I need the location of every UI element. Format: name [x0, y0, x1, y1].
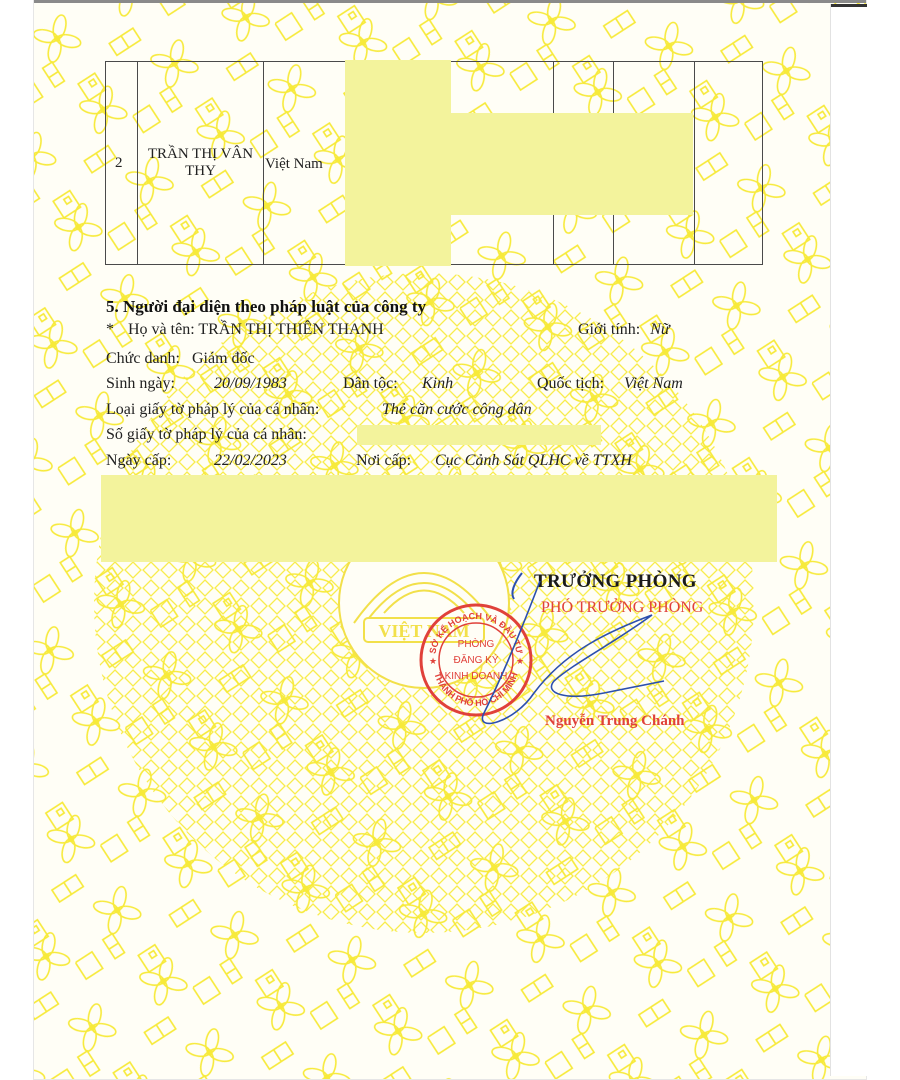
- full-name-label: Họ và tên:: [128, 321, 195, 338]
- full-name-value: TRẦN THỊ THIÊN THANH: [198, 321, 383, 338]
- viewer-topbar: [831, 4, 867, 7]
- issue-place-label: Nơi cấp:: [356, 452, 411, 470]
- issue-date-label: Ngày cấp:: [106, 452, 171, 470]
- nationality-label: Quốc tịch:: [537, 375, 604, 393]
- table-col-line: [263, 61, 264, 265]
- viewer-side-panel: [830, 4, 867, 1076]
- handwritten-signature-icon: [474, 563, 674, 733]
- dob-label: Sinh ngày:: [106, 375, 175, 393]
- member-name-line2: THY: [138, 163, 263, 180]
- redaction-block: [345, 60, 451, 266]
- position-row: Chức danh: Giám đốc: [106, 350, 255, 368]
- issue-date-value: 22/02/2023: [214, 452, 287, 470]
- table-col-line: [762, 61, 763, 265]
- signatory-name: Nguyễn Trung Chánh: [545, 713, 685, 730]
- id-type-label: Loại giấy tờ pháp lý của cá nhân:: [106, 401, 319, 419]
- table-col-line: [105, 61, 106, 265]
- document-page: VIỆT NAM 2 TRẦN THỊ VÂN THY Việt Nam 5. …: [34, 0, 866, 1079]
- redaction-block: [450, 113, 693, 215]
- issue-place-value: Cục Cảnh Sát QLHC về TTXH: [435, 452, 632, 470]
- gender-row: Giới tính: Nữ: [578, 321, 670, 339]
- table-cell-index: 2: [115, 155, 123, 172]
- gender-value: Nữ: [650, 321, 669, 338]
- nationality-value: Việt Nam: [624, 375, 683, 393]
- ethnicity-label: Dân tộc:: [343, 375, 398, 393]
- id-number-label: Số giấy tờ pháp lý của cá nhân:: [106, 426, 307, 444]
- svg-text:★: ★: [429, 656, 437, 666]
- dob-value: 20/09/1983: [214, 375, 287, 393]
- table-cell-name: TRẦN THỊ VÂN THY: [138, 146, 263, 180]
- address-redaction: [101, 475, 777, 562]
- full-name-row: * Họ và tên: TRẦN THỊ THIÊN THANH: [106, 321, 384, 339]
- member-name-line1: TRẦN THỊ VÂN: [138, 146, 263, 163]
- ethnicity-value: Kinh: [422, 375, 453, 393]
- position-value: Giám đốc: [192, 350, 255, 367]
- id-number-redaction: [357, 425, 601, 445]
- position-label: Chức danh:: [106, 350, 180, 367]
- table-col-line: [694, 61, 695, 265]
- section-title: 5. Người đại diện theo pháp luật của côn…: [106, 297, 426, 317]
- table-cell-nationality: Việt Nam: [265, 156, 323, 173]
- id-type-value: Thẻ căn cước công dân: [382, 401, 532, 419]
- bullet-asterisk: *: [106, 321, 114, 338]
- gender-label: Giới tính:: [578, 321, 640, 338]
